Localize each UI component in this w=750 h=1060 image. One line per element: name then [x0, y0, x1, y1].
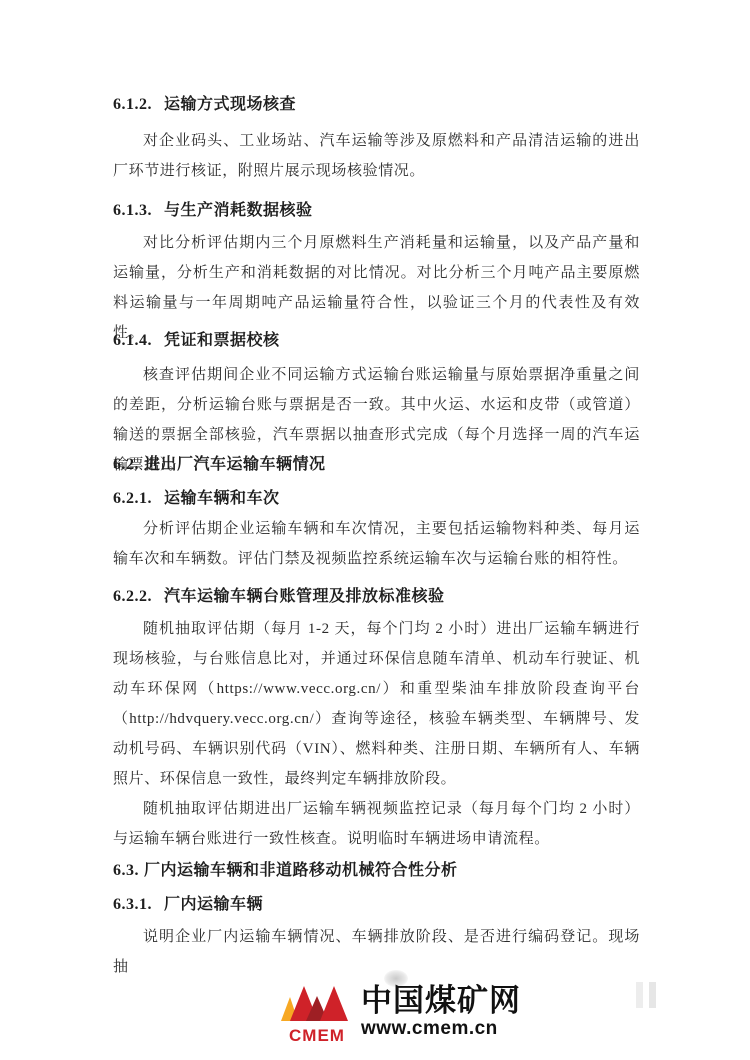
logo-cmem-text: CMEM [289, 1027, 345, 1044]
heading-number: 6.1.2. [113, 96, 152, 113]
heading-number: 6.3.1. [113, 896, 152, 913]
heading-number: 6.2.2. [113, 588, 152, 605]
paragraph-6-2-2-a: 随机抽取评估期（每月 1-2 天，每个门均 2 小时）进出厂运输车辆进行现场核验… [113, 614, 640, 794]
logo-site-name: 中国煤矿网 [361, 984, 521, 1018]
heading-6-2-2: 6.2.2.汽车运输车辆台账管理及排放标准核验 [113, 585, 640, 609]
heading-6-1-4: 6.1.4.凭证和票据校核 [113, 329, 640, 353]
logo-mark: CMEM [281, 984, 353, 1044]
heading-title: 厂内运输车辆 [164, 896, 263, 913]
heading-6-2-1: 6.2.1.运输车辆和车次 [113, 487, 640, 511]
heading-title: 运输方式现场核查 [164, 96, 296, 113]
heading-number: 6.3. [113, 862, 139, 879]
paragraph-6-1-2: 对企业码头、工业场站、汽车运输等涉及原燃料和产品清洁运输的进出厂环节进行核证，附… [113, 126, 640, 186]
heading-title: 与生产消耗数据核验 [164, 202, 313, 219]
heading-6-3-1: 6.3.1.厂内运输车辆 [113, 893, 640, 917]
paragraph-6-3-1: 说明企业厂内运输车辆情况、车辆排放阶段、是否进行编码登记。现场抽 [113, 922, 640, 982]
heading-title: 厂内运输车辆和非道路移动机械符合性分析 [144, 862, 458, 879]
logo-text-block: 中国煤矿网 www.cmem.cn [361, 984, 521, 1039]
document-page: 6.1.2.运输方式现场核查 对企业码头、工业场站、汽车运输等涉及原燃料和产品清… [0, 0, 750, 1060]
heading-title: 进出厂汽车运输车辆情况 [144, 456, 326, 473]
heading-title: 运输车辆和车次 [164, 490, 280, 507]
heading-6-1-2: 6.1.2.运输方式现场核查 [113, 93, 640, 117]
paragraph-6-2-1: 分析评估期企业运输车辆和车次情况，主要包括运输物料种类、每月运输车次和车辆数。评… [113, 514, 640, 574]
heading-number: 6.1.3. [113, 202, 152, 219]
heading-number: 6.2.1. [113, 490, 152, 507]
heading-6-3: 6.3.厂内运输车辆和非道路移动机械符合性分析 [113, 859, 640, 883]
logo-site-url: www.cmem.cn [361, 1018, 521, 1039]
heading-title: 凭证和票据校核 [164, 332, 280, 349]
paragraph-6-2-2-b: 随机抽取评估期进出厂运输车辆视频监控记录（每月每个门均 2 小时）与运输车辆台账… [113, 794, 640, 854]
heading-number: 6.1.4. [113, 332, 152, 349]
site-logo: CMEM 中国煤矿网 www.cmem.cn [281, 984, 521, 1044]
heading-number: 6.2. [113, 456, 139, 473]
heading-6-2: 6.2.进出厂汽车运输车辆情况 [113, 453, 640, 477]
heading-6-1-3: 6.1.3.与生产消耗数据核验 [113, 199, 640, 223]
mountains-icon [281, 984, 353, 1029]
scan-bars-artifact [636, 982, 662, 1008]
heading-title: 汽车运输车辆台账管理及排放标准核验 [164, 588, 445, 605]
